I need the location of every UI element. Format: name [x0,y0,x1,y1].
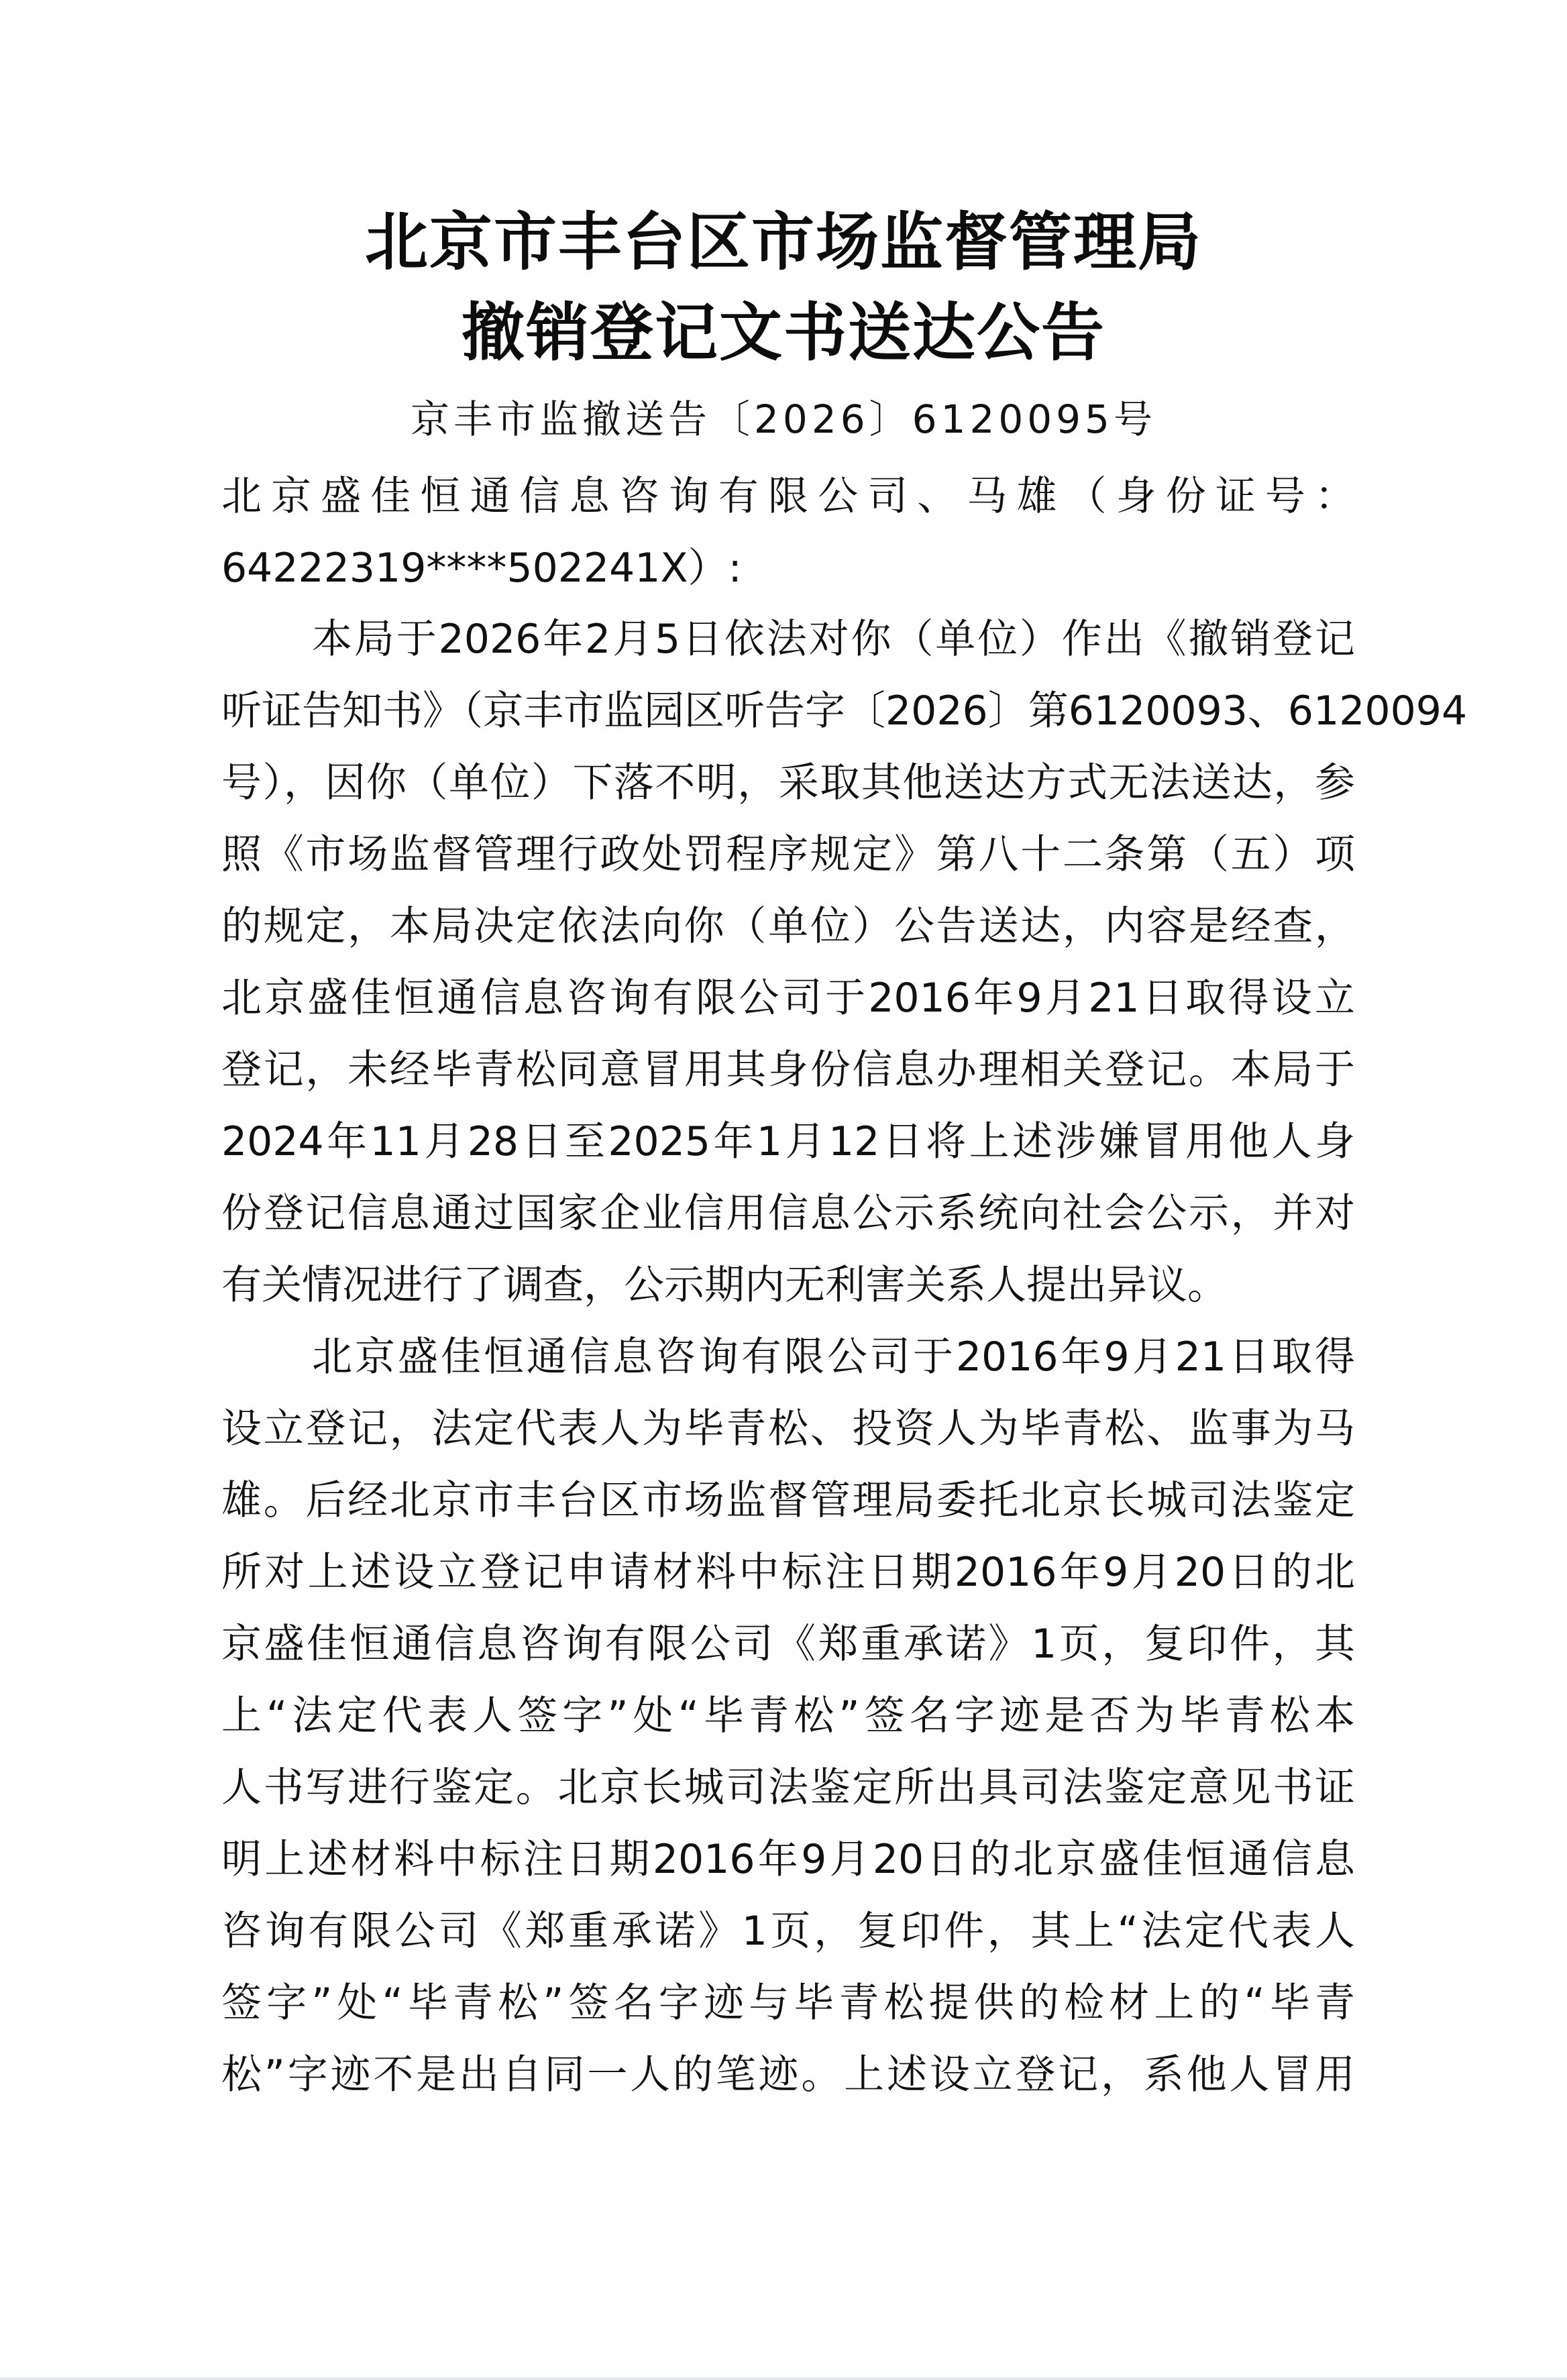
paragraph-1-line-5: 的规定，本局决定依法向你（单位）公告送达，内容是经查， [221,903,1355,950]
document-number: 京丰市监撤送告〔2026〕6120095号 [0,388,1567,444]
paragraph-2-line-4: 所对上述设立登记申请材料中标注日期2016年9月20日的北 [221,1549,1355,1596]
paragraph-1-line-2: 听证告知书》（京丰市监园区听告字〔2026〕第6120093、6120094 [221,688,1355,735]
paragraph-2-line-6: 上“法定代表人签字”处“毕青松”签名字迹是否为毕青松本 [221,1692,1355,1739]
paragraph-1-line-3: 号），因你（单位）下落不明，采取其他送达方式无法送达，参 [221,759,1355,806]
paragraph-2-line-11: 松”字迹不是出自同一人的笔迹。上述设立登记，系他人冒用 [221,2051,1355,2098]
paragraph-2-line-3: 雄。后经北京市丰台区市场监督管理局委托北京长城司法鉴定 [221,1477,1355,1524]
document-title-line-2: 撤销登记文书送达公告 [0,282,1567,372]
paragraph-2-line-1: 北京盛佳恒通信息咨询有限公司于2016年9月21日取得 [312,1334,1355,1381]
document-page: 北京市丰台区市场监督管理局 撤销登记文书送达公告 京丰市监撤送告〔2026〕61… [0,0,1567,2380]
paragraph-1-line-8: 2024年11月28日至2025年1月12日将上述涉嫌冒用他人身 [221,1118,1355,1165]
paragraph-1-line-4: 照《市场监督管理行政处罚程序规定》第八十二条第（五）项 [221,831,1355,878]
document-title-line-1: 北京市丰台区市场监督管理局 [0,191,1567,282]
paragraph-1-line-9: 份登记信息通过国家企业信用信息公示系统向社会公示，并对 [221,1190,1355,1237]
paragraph-2-line-7: 人书写进行鉴定。北京长城司法鉴定所出具司法鉴定意见书证 [221,1764,1355,1811]
paragraph-1-line-10: 有关情况进行了调查，公示期内无利害关系人提出异议。 [221,1262,1355,1309]
paragraph-2-line-2: 设立登记，法定代表人为毕青松、投资人为毕青松、监事为马 [221,1405,1355,1452]
paragraph-1-line-1: 本局于2026年2月5日依法对你（单位）作出《撤销登记 [312,616,1355,663]
paragraph-2-line-5: 京盛佳恒通信息咨询有限公司《郑重承诺》1页，复印件，其 [221,1621,1355,1668]
paragraph-2-line-10: 签字”处“毕青松”签名字迹与毕青松提供的检材上的“毕青 [221,1980,1355,2026]
paragraph-2-line-9: 咨询有限公司《郑重承诺》1页，复印件，其上“法定代表人 [221,1908,1355,1955]
addressee-line-1: 北京盛佳恒通信息咨询有限公司、马雄（身份证号： [221,473,1355,520]
paragraph-2-line-8: 明上述材料中标注日期2016年9月20日的北京盛佳恒通信息 [221,1836,1355,1883]
page-bottom-edge [0,2377,1567,2380]
addressee-line-2: 64222319****502241X）: [221,545,1355,592]
paragraph-1-line-6: 北京盛佳恒通信息咨询有限公司于2016年9月21日取得设立 [221,975,1355,1022]
paragraph-1-line-7: 登记，未经毕青松同意冒用其身份信息办理相关登记。本局于 [221,1046,1355,1093]
